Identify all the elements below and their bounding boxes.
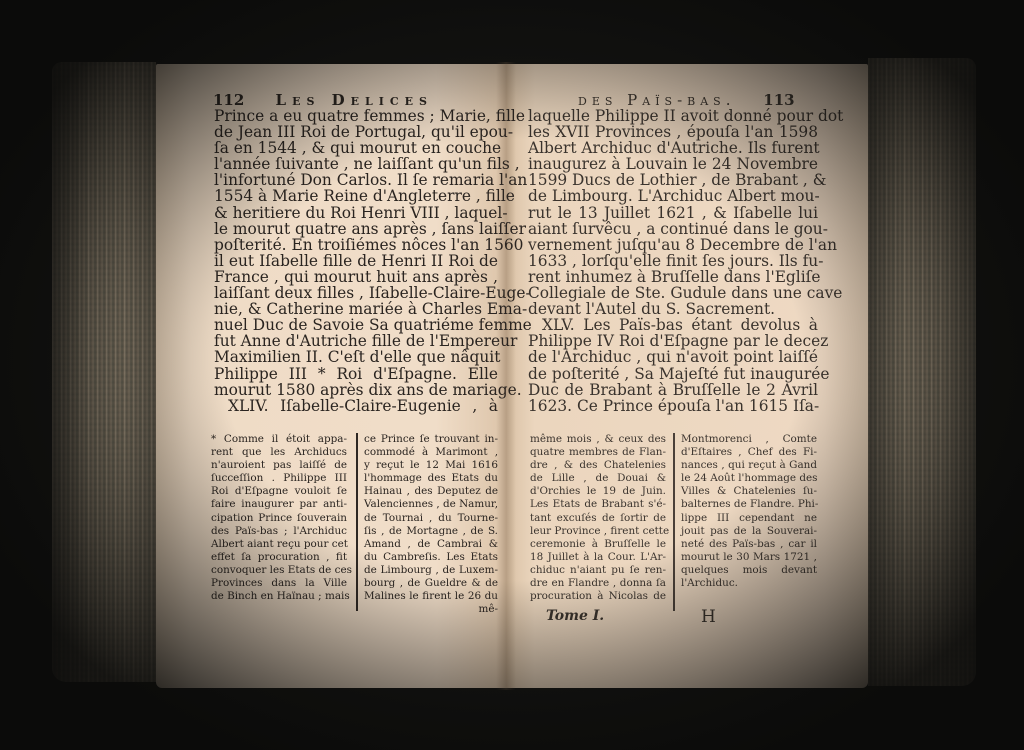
footnote-line: procuration à Nicolas de [530, 590, 666, 603]
text-line: poſterité. En troiſiémes nôces l'an 1560 [214, 237, 498, 253]
footnote-line: Hainau , des Deputez de [364, 485, 498, 498]
text-line: Prince a eu quatre femmes ; Marie, fille [214, 108, 498, 124]
footnote-line: du Cambreſis. Les Etats [364, 551, 498, 564]
footnote-line: y reçut le 12 Mai 1616 [364, 459, 498, 472]
text-line: Philippe III * Roi d'Eſpagne. Elle [214, 366, 498, 382]
footnote-line: Villes & Chatelenies ſu- [681, 485, 817, 498]
catchword: mê- [364, 603, 498, 616]
right-footnote-column-2: Montmorenci , Comte d'Eſtaires , Chef de… [681, 433, 817, 590]
footnote-line: jouit pas de la Souverai- [681, 525, 817, 538]
volume-signature: Tome I. [546, 608, 604, 624]
footnote-line: l'hommage des Etats du [364, 472, 498, 485]
footnote-line: l'Archiduc. [681, 577, 817, 590]
left-footnote-column-rule [356, 433, 358, 611]
footnote-line: nances , qui reçut à Gand [681, 459, 817, 472]
right-footnote-column-1: même mois , & ceux des quatre membres de… [530, 433, 666, 603]
text-line: rut le 13 Juillet 1621 , & Iſabelle lui [528, 205, 818, 221]
text-line: l'infortuné Don Carlos. Il ſe remaria l'… [214, 172, 498, 188]
text-line: Philippe IV Roi d'Eſpagne par le decez [528, 333, 818, 349]
footnote-line: de Limbourg , de Luxem- [364, 564, 498, 577]
text-line: & heritiere du Roi Henri VIII , laquel- [214, 205, 498, 221]
text-line: devant l'Autel du S. Sacrement. [528, 301, 818, 317]
text-line: inaugurez à Louvain le 24 Novembre [528, 156, 818, 172]
footnote-line: ſis , de Mortagne , de S. [364, 525, 498, 538]
text-line: vernement juſqu'au 8 Decembre de l'an [528, 237, 818, 253]
footnote-line: dre , & des Chatelenies [530, 459, 666, 472]
text-line: il eut Iſabelle fille de Henri II Roi de [214, 253, 498, 269]
left-fore-edge [52, 62, 156, 682]
footnote-line: le 24 Août l'hommage des [681, 472, 817, 485]
footnote-line: Roi d'Eſpagne vouloit ſe [211, 485, 347, 498]
footnote-line: de Binch en Haïnau ; mais [211, 590, 347, 603]
footnote-line: n'auroient pas laiſſé de [211, 459, 347, 472]
text-line: les XVII Provinces , épouſa l'an 1598 [528, 124, 818, 140]
footnote-line: commodé à Marimont , [364, 446, 498, 459]
text-line: nuel Duc de Savoie Sa quatriéme femme [214, 317, 498, 333]
footnote-line: faire inaugurer par anti- [211, 498, 347, 511]
text-line: Maximilien II. C'eſt d'elle que nâquit [214, 349, 498, 365]
text-line: laiſſant deux filles , Iſabelle-Claire-E… [214, 285, 498, 301]
footnote-line: Valenciennes , de Namur, [364, 498, 498, 511]
left-footnote-column-2: ce Prince ſe trouvant in- commodé à Mari… [364, 433, 498, 616]
footnote-line: lippe III cependant ne [681, 512, 817, 525]
footnote-line: ceremonie à Bruſſelle le [530, 538, 666, 551]
right-body-text: laquelle Philippe II avoit donné pour do… [528, 108, 818, 414]
footnote-line: Amand , de Cambrai & [364, 538, 498, 551]
text-line: mourut 1580 après dix ans de mariage. [214, 382, 498, 398]
section-heading-line: XLIV. Iſabelle-Claire-Eugenie , à [214, 398, 498, 414]
footnote-line: balternes de Flandre. Phi- [681, 498, 817, 511]
footnote-line: cipation Prince ſouverain [211, 512, 347, 525]
section-heading-line: XLV. Les Païs-bas étant devolus à [528, 317, 818, 333]
footnote-line: d'Eſtaires , Chef des Fi- [681, 446, 817, 459]
footnote-line: leur Province , firent cette [530, 525, 666, 538]
text-line: de l'Archiduc , qui n'avoit point laiſſé [528, 349, 818, 365]
footnote-line: 18 Juillet à la Cour. L'Ar- [530, 551, 666, 564]
text-line: Collegiale de Ste. Gudule dans une cave [528, 285, 818, 301]
signature-mark: H [701, 607, 716, 627]
footnote-line: ce Prince ſe trouvant in- [364, 433, 498, 446]
footnote-line: des Païs-bas ; l'Archiduc [211, 525, 347, 538]
text-line: Albert Archiduc d'Autriche. Ils furent [528, 140, 818, 156]
footnote-line: Provinces dans la Ville [211, 577, 347, 590]
footnote-line: Albert aiant reçu pour cet [211, 538, 347, 551]
text-line: ſa en 1544 , & qui mourut en couche [214, 140, 498, 156]
text-line: laquelle Philippe II avoit donné pour do… [528, 108, 818, 124]
footnote-line: même mois , & ceux des [530, 433, 666, 446]
footnote-line: de Lille , de Douai & [530, 472, 666, 485]
footnote-line: quelques mois devant [681, 564, 817, 577]
footnote-line: chiduc n'aiant pu ſe ren- [530, 564, 666, 577]
text-line: fut Anne d'Autriche fille de l'Empereur [214, 333, 498, 349]
footnote-line: * Comme il étoit appa- [211, 433, 347, 446]
footnote-line: bourg , de Gueldre & de [364, 577, 498, 590]
footnote-line: effet ſa procuration , fit [211, 551, 347, 564]
text-line: France , qui mourut huit ans après , [214, 269, 498, 285]
text-line: aiant ſurvêcu , a continué dans le gou- [528, 221, 818, 237]
footnote-line: convoquer les Etats de ces [211, 564, 347, 577]
footnote-line: ſucceſſion . Philippe III [211, 472, 347, 485]
text-line: 1633 , lorſqu'elle finit ſes jours. Ils … [528, 253, 818, 269]
footnote-line: tant excuſés de ſortir de [530, 512, 666, 525]
left-footnote-column-1: * Comme il étoit appa- rent que les Arch… [211, 433, 347, 603]
text-line: 1623. Ce Prince épouſa l'an 1615 Iſa- [528, 398, 818, 414]
footnote-line: Malines le firent le 26 du [364, 590, 498, 603]
text-line: le mourut quatre ans après , ſans laiſſe… [214, 221, 498, 237]
text-line: nie, & Catherine mariée à Charles Ema- [214, 301, 498, 317]
footnote-line: Les Etats de Brabant s'é- [530, 498, 666, 511]
footnote-line: de Tournai , du Tourne- [364, 512, 498, 525]
text-line: l'année ſuivante , ne laiſſant qu'un fil… [214, 156, 498, 172]
text-line: 1599 Ducs de Lothier , de Brabant , & [528, 172, 818, 188]
text-line: rent inhumez à Bruſſelle dans l'Egliſe [528, 269, 818, 285]
footnote-line: d'Orchies le 19 de Juin. [530, 485, 666, 498]
footnote-line: mourut le 30 Mars 1721 , [681, 551, 817, 564]
footnote-line: Montmorenci , Comte [681, 433, 817, 446]
text-line: Duc de Brabant à Bruſſelle le 2 Avril [528, 382, 818, 398]
footnote-line: dre en Flandre , donna ſa [530, 577, 666, 590]
right-fore-edge [868, 58, 976, 686]
text-line: de Limbourg. L'Archiduc Albert mou- [528, 188, 818, 204]
text-line: de poſterité , Sa Majeſté fut inaugurée [528, 366, 818, 382]
text-line: de Jean III Roi de Portugal, qu'il epou- [214, 124, 498, 140]
footnote-line: neté des Païs-bas , car il [681, 538, 817, 551]
footnote-line: rent que les Archiducs [211, 446, 347, 459]
right-footnote-column-rule [673, 433, 675, 611]
footnote-line: quatre membres de Flan- [530, 446, 666, 459]
left-body-text: Prince a eu quatre femmes ; Marie, fille… [214, 108, 498, 414]
text-line: 1554 à Marie Reine d'Angleterre , fille [214, 188, 498, 204]
